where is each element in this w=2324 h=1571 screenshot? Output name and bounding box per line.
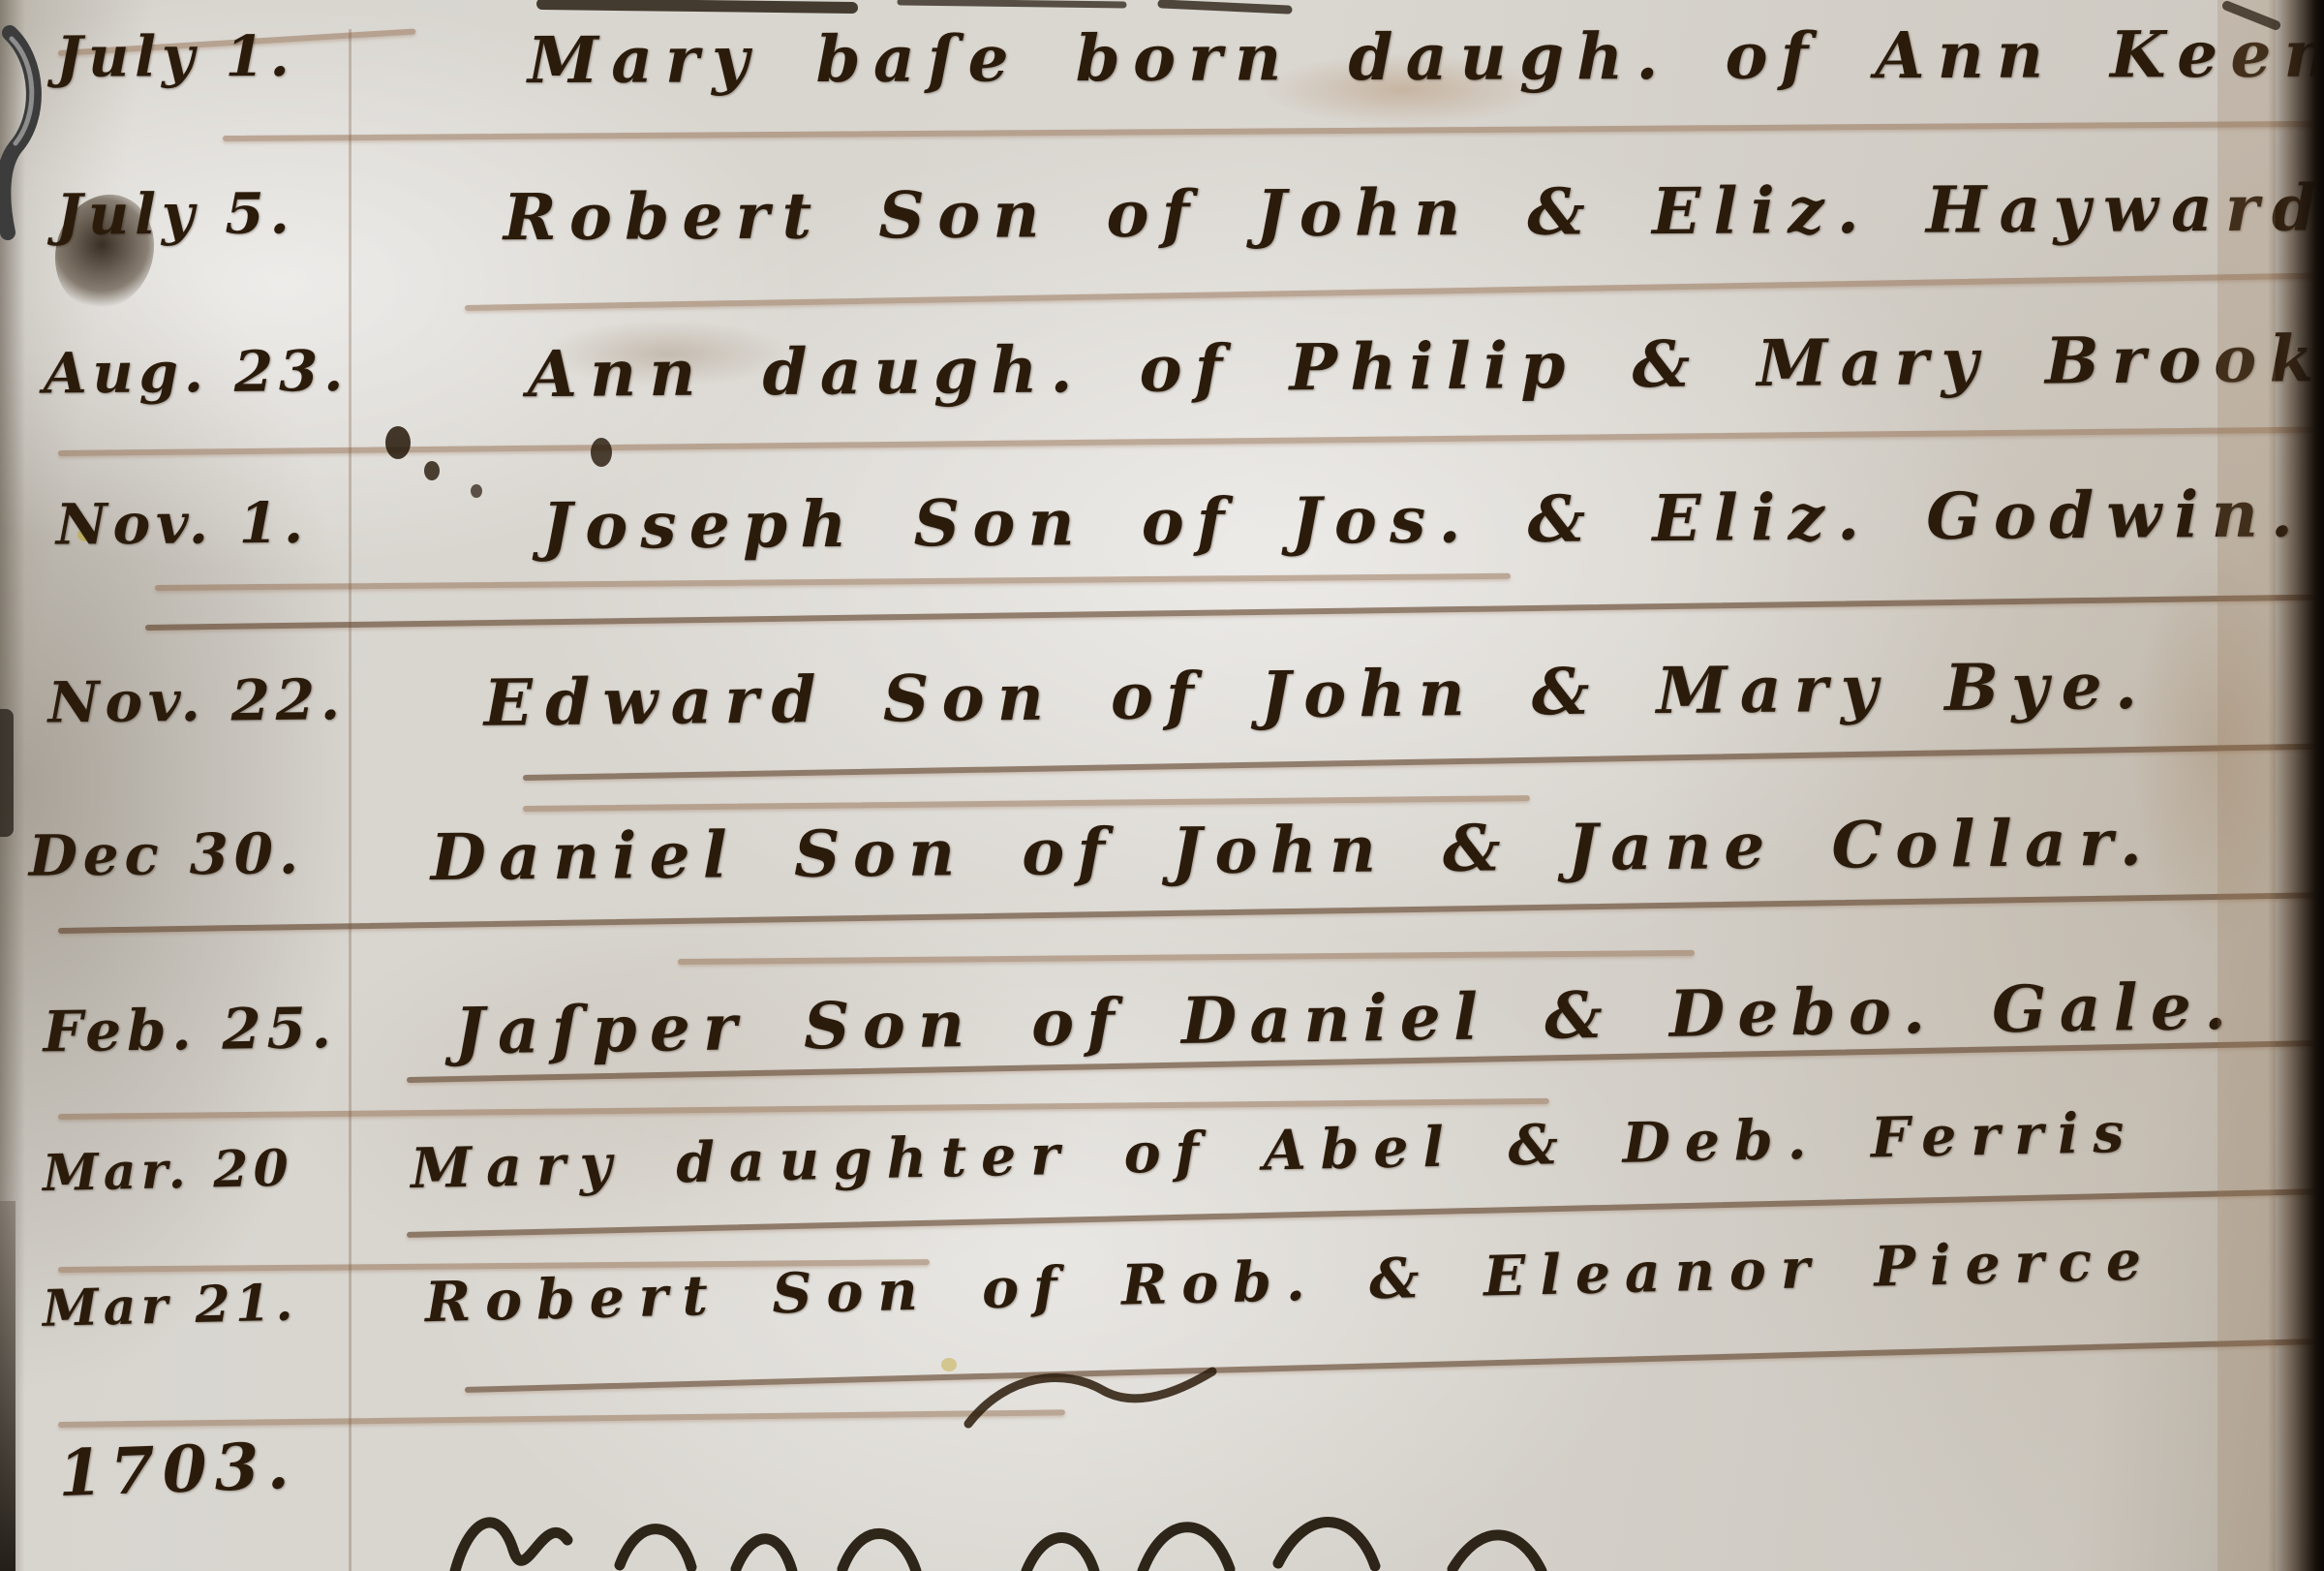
register-entry-row: Aug. 23. Ann daugh. of Philip & Mary Bro… — [0, 321, 2324, 486]
entry-date: Nov. 1. — [55, 490, 309, 558]
register-entry-row: July 5. Robert Son of John & Eliz. Haywa… — [0, 169, 2324, 327]
entry-text: Mary baſe born daugh. of Ann Keen. — [528, 15, 2324, 98]
register-entry-row: Dec 30. Daniel Son of John & Jane Collar… — [0, 803, 2324, 969]
entry-date: Nov. 22. — [47, 666, 346, 735]
entry-date: July 1. — [56, 23, 295, 90]
register-page-photo: July 1. Mary baſe born daugh. of Ann Kee… — [0, 0, 2324, 1571]
entry-text: Daniel Son of John & Jane Collar. — [430, 805, 2155, 896]
entry-date: Aug. 23. — [43, 338, 349, 407]
register-entry-row: Nov. 22. Edward Son of John & Mary Bye. — [0, 646, 2324, 816]
binding-mark — [0, 709, 14, 837]
entry-date: Mar. 20 — [42, 1139, 293, 1203]
entry-date: Mar 21. — [42, 1273, 298, 1338]
entry-text: Edward Son of John & Mary Bye. — [483, 648, 2150, 741]
entry-text: Joseph Son of Jos. & Eliz. Godwin. — [541, 476, 2306, 564]
page-edge-right — [2268, 0, 2324, 1571]
page-edge-shading — [2217, 0, 2276, 1571]
entry-text: Robert Son of John & Eliz. Hayward. — [504, 169, 2324, 255]
entry-text: Ann daugh. of Philip & Mary Brooks. — [527, 320, 2324, 412]
entry-date: Feb. 25. — [43, 995, 337, 1064]
partial-entry-strokes — [455, 1523, 1542, 1571]
binding-edge-left-lower — [0, 1201, 15, 1571]
year-heading: 1703. — [57, 1428, 298, 1512]
register-entry-row: Nov. 1. Joseph Son of Jos. & Eliz. Godwi… — [0, 476, 2324, 637]
entry-date: July 5. — [56, 180, 295, 247]
register-entry-row: July 1. Mary baſe born daugh. of Ann Kee… — [0, 16, 2324, 169]
entry-text: Jaſper Son of Daniel & Debo. Gale. — [454, 969, 2240, 1069]
entry-date: Dec 30. — [28, 820, 304, 888]
